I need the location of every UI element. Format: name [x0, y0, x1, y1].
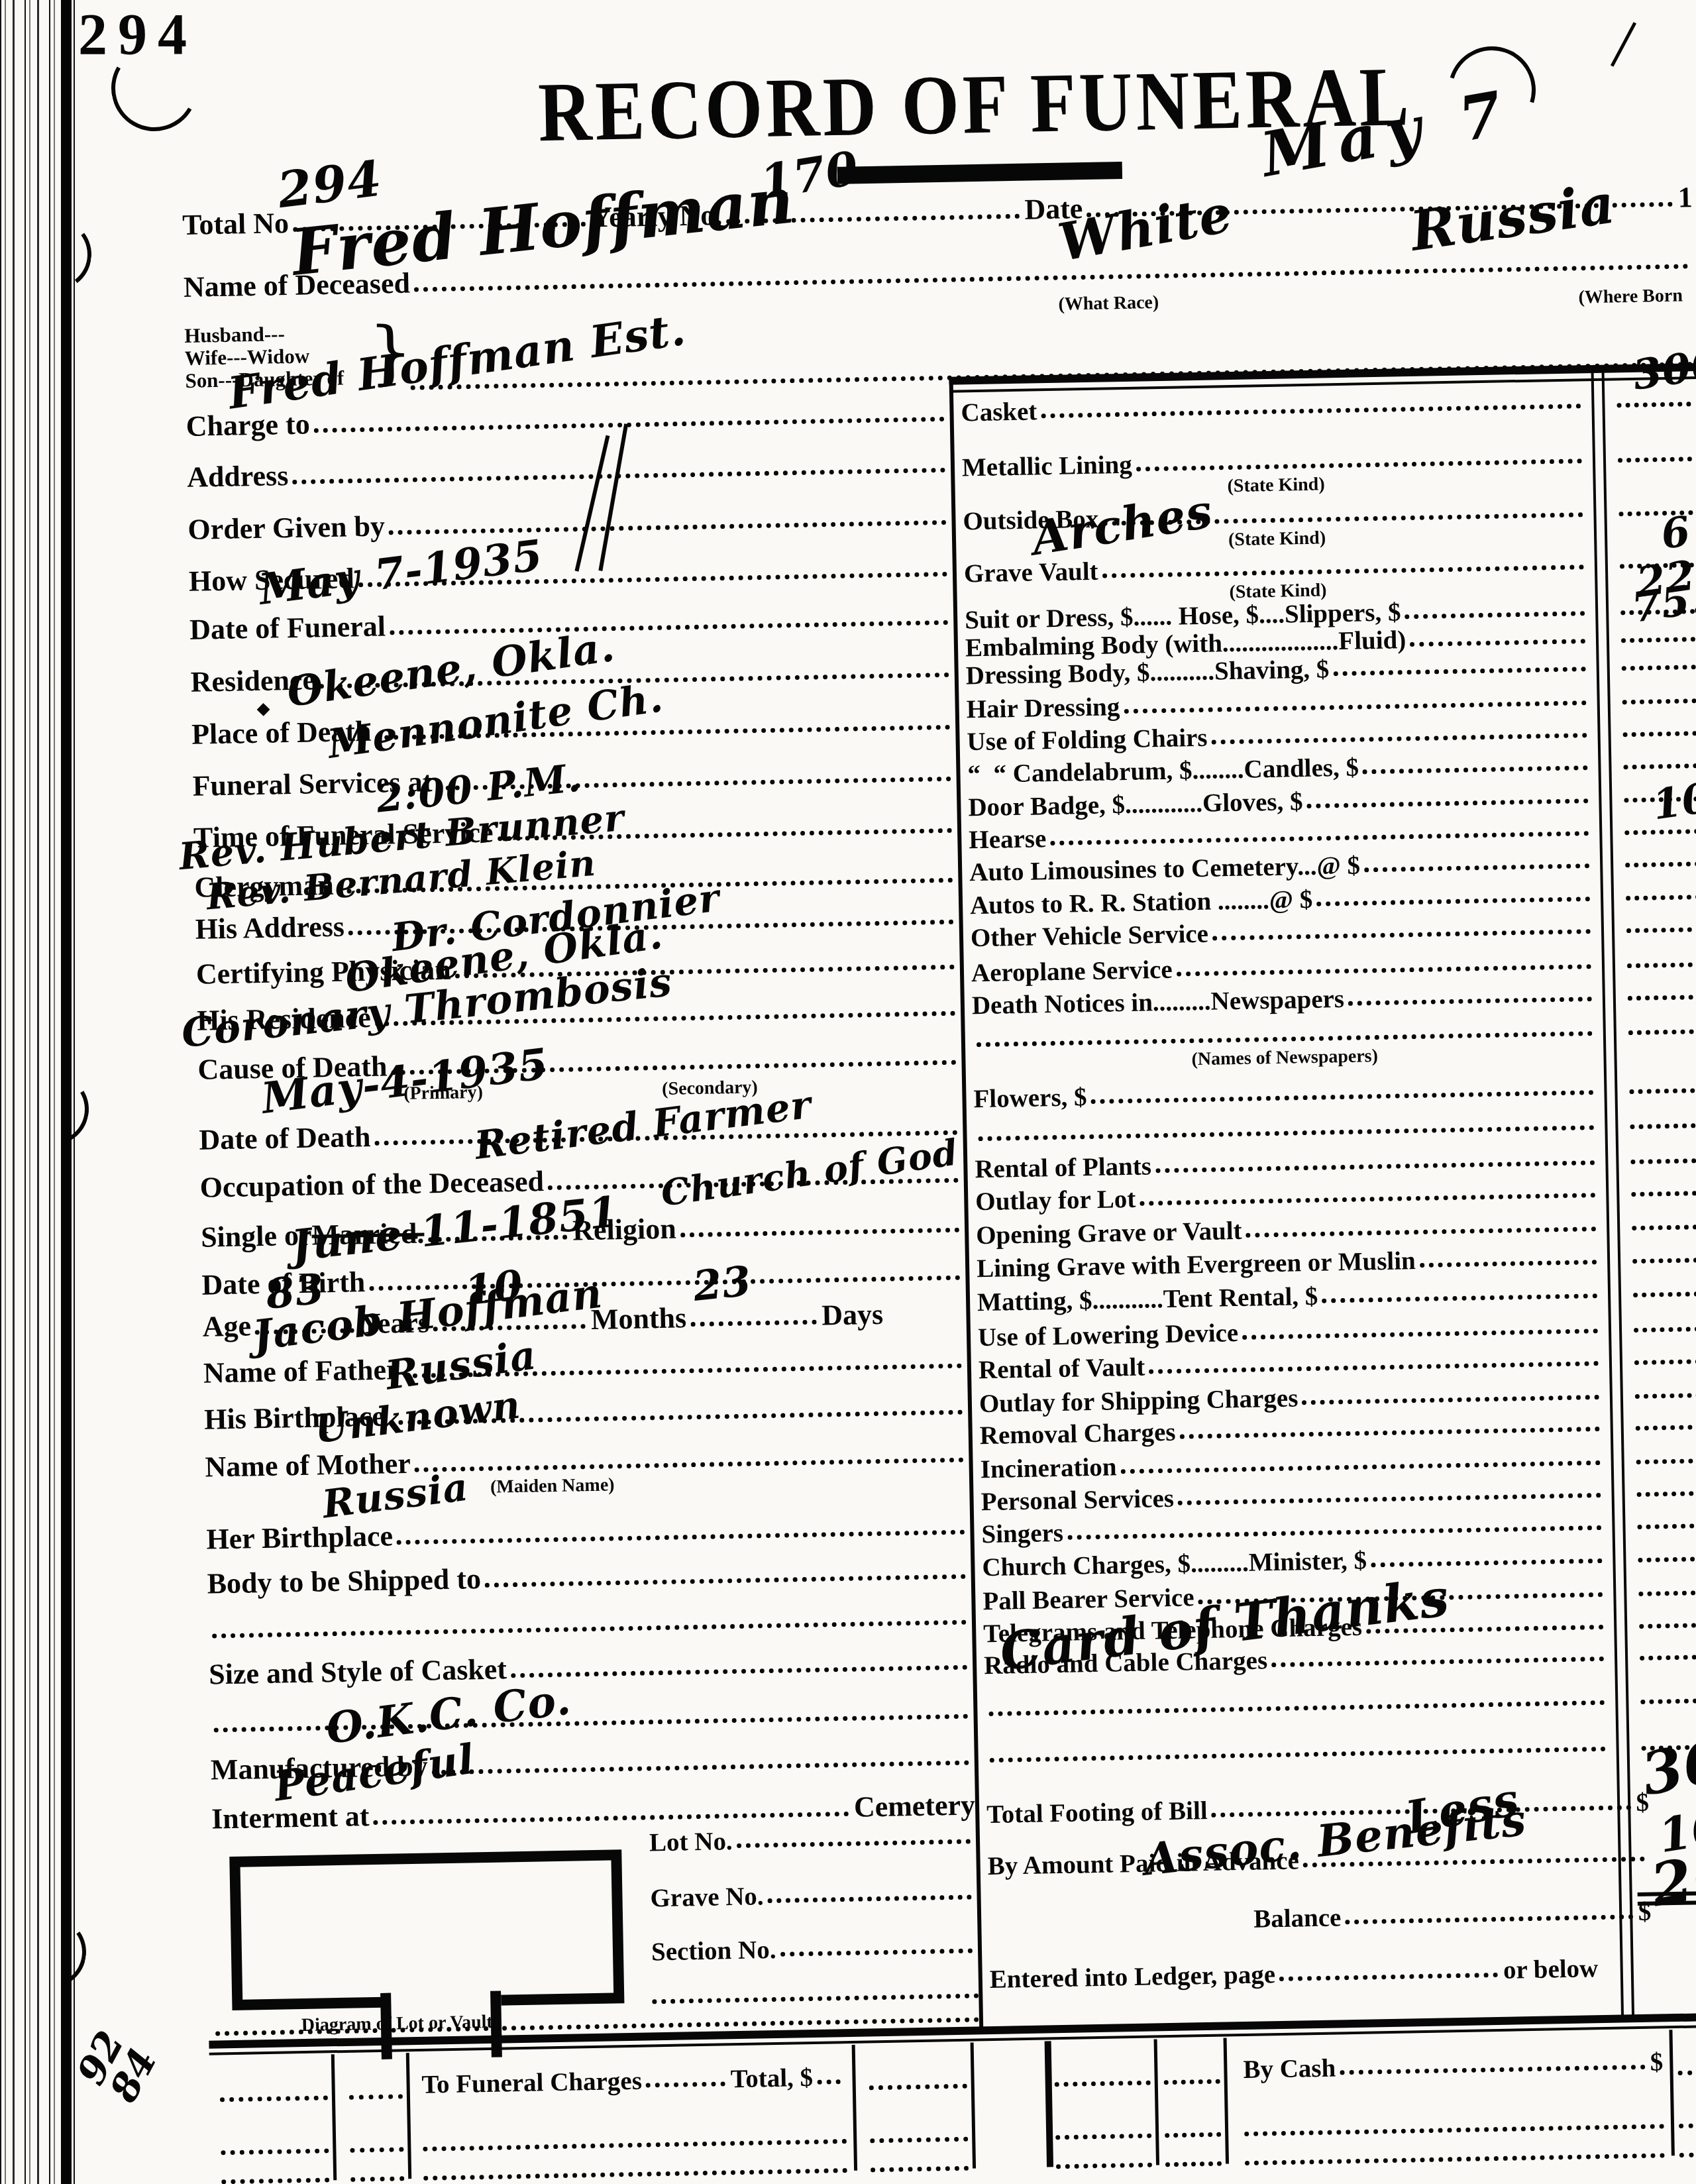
dotted-line: [1307, 798, 1589, 808]
section-no-label: Section No.: [651, 1937, 776, 1965]
dotted-line: [990, 1747, 1606, 1763]
dotted-line: [1622, 698, 1696, 704]
handwritten-entry: 23: [691, 1256, 754, 1311]
dotted-line: [1623, 763, 1696, 769]
rule-gap: [1596, 939, 1622, 940]
field-label: Name of Father: [203, 1355, 399, 1388]
dotted-line: [350, 2147, 403, 2152]
form-field-row: Order Given by: [187, 488, 952, 545]
ledger-column-rule: [852, 2045, 857, 2171]
charge-label: Rental of Vault: [979, 1354, 1145, 1384]
amount-value: 10: [1650, 773, 1696, 830]
sub-caption: (Maiden Name): [490, 1474, 615, 1498]
dotted-line: [221, 2177, 329, 2184]
field-label: Size and Style of Casket: [209, 1655, 507, 1689]
dotted-line: [1056, 2163, 1152, 2169]
to-funeral-charges-label: To Funeral Charges: [421, 2068, 642, 2098]
dotted-line: [390, 620, 948, 635]
dotted-line: [1136, 459, 1582, 471]
dotted-line: [1245, 2153, 1665, 2165]
dotted-line: [1364, 863, 1589, 872]
dotted-line: [221, 2148, 329, 2155]
total-dollar-label: Total, $: [730, 2065, 813, 2092]
by-cash-label: By Cash: [1243, 2055, 1336, 2083]
lot-no-label: Lot No.: [649, 1828, 733, 1855]
dotted-line: [1640, 1655, 1696, 1661]
field-label: Age: [202, 1311, 251, 1341]
dotted-line: [1302, 1395, 1599, 1405]
charge-row: Grave Vault(State Kind)Arches6: [963, 540, 1696, 586]
charge-label: Outlay for Lot: [975, 1186, 1136, 1215]
diagram-notch: [388, 1989, 502, 2012]
dotted-line: [1636, 1458, 1696, 1464]
dotted-line: [1622, 665, 1696, 671]
dotted-line: [1246, 1227, 1597, 1238]
charge-label: Matting, $...........Tent Rental, $: [977, 1283, 1318, 1315]
dotted-line: [1635, 1393, 1696, 1399]
balance-label: Balance: [1253, 1904, 1342, 1932]
charge-row: Casket300: [961, 379, 1696, 425]
ledger-column-rule: [406, 2053, 411, 2179]
dotted-line: [423, 2139, 847, 2152]
sub-caption: (State Kind): [1227, 474, 1325, 497]
dotted-line: [1628, 995, 1696, 1001]
dotted-line: [1639, 1623, 1696, 1629]
dotted-line: [1244, 2124, 1664, 2136]
field-label: Days: [821, 1300, 884, 1331]
ledger-column-rule: [971, 2043, 976, 2169]
charge-label: Personal Services: [980, 1486, 1174, 1515]
section-no-row: Section No.: [651, 1926, 978, 1965]
dotted-line: [680, 1228, 959, 1238]
charge-label: Flowers, $: [973, 1084, 1087, 1112]
sub-caption: (Names of Newspapers): [1191, 1046, 1378, 1070]
bottom-by-cash-row: By Cash$: [1243, 2038, 1664, 2083]
dotted-line: [397, 1530, 965, 1545]
dotted-line: [1679, 2123, 1696, 2128]
balance-row: Balance $: [988, 1892, 1652, 1937]
rule-gap: [1609, 1666, 1636, 1667]
dotted-line: [1242, 1329, 1598, 1340]
dotted-line: [690, 1320, 816, 1327]
rule-gap: [1587, 413, 1613, 414]
ledger-label: Entered into Ledger, page: [990, 1961, 1276, 1993]
charge-label: Removal Charges: [979, 1419, 1175, 1448]
lot-no-row: Lot No.: [649, 1816, 976, 1855]
rule-gap: [1611, 1757, 1638, 1757]
field-label: Date of Funeral: [189, 612, 386, 644]
dotted-line: [1212, 929, 1591, 940]
dotted-line: [979, 1125, 1595, 1141]
rule-gap: [1611, 1710, 1637, 1711]
dotted-line: [1678, 2070, 1696, 2075]
dotted-line: [1629, 1088, 1696, 1094]
ledger-column-rule: [1669, 2030, 1674, 2156]
dotted-line: [1348, 997, 1592, 1006]
dotted-line: [220, 2095, 328, 2102]
dotted-line: [1638, 1590, 1696, 1596]
dotted-line: [1640, 1698, 1696, 1704]
dotted-line: [1616, 402, 1691, 408]
dotted-line: [817, 2079, 841, 2085]
dotted-line: [646, 2081, 725, 2087]
dotted-line: [768, 1895, 972, 1904]
dotted-line: [780, 1949, 973, 1957]
ledger-column-rule: [1154, 2039, 1159, 2165]
dotted-line: [1632, 1258, 1696, 1264]
charge-label: Rental of Plants: [975, 1153, 1151, 1182]
ledger-column-rule: [331, 2054, 337, 2180]
dotted-line: [1632, 1225, 1696, 1230]
dotted-line: [1618, 457, 1692, 463]
dotted-line: [1363, 765, 1588, 774]
dotted-line: [511, 1665, 967, 1678]
bottom-funeral-charges-row: To Funeral ChargesTotal, $: [421, 2053, 846, 2098]
dotted-line: [1177, 964, 1591, 976]
dotted-line: [871, 2166, 969, 2173]
rule-gap: [1603, 1303, 1629, 1304]
dotted-line: [1633, 1291, 1696, 1297]
dotted-line: [1634, 1359, 1696, 1365]
dotted-line: [1164, 2079, 1220, 2085]
charge-label: Grave Vault: [964, 559, 1098, 587]
dotted-line: [1322, 1293, 1597, 1303]
dotted-line: [1630, 1123, 1696, 1129]
amount-value: 75.: [1629, 574, 1696, 632]
where-born-caption: (Where Born: [1578, 285, 1683, 308]
dotted-line: [1055, 2134, 1151, 2140]
form-field-row: Charge toFred Hoffman Est.: [185, 385, 950, 441]
dotted-line: [1091, 1090, 1594, 1104]
ledger-row: Entered into Ledger, page or below: [989, 1947, 1692, 1993]
dotted-line: [314, 417, 945, 433]
dotted-line: [432, 1761, 969, 1775]
dotted-line: [869, 2084, 967, 2091]
charge-label: Hearse: [969, 826, 1047, 853]
dotted-line: [977, 1031, 1593, 1047]
dotted-line: [1041, 404, 1581, 418]
dotted-line: [1637, 1491, 1696, 1497]
dotted-line: [423, 2168, 847, 2181]
grave-no-label: Grave No.: [650, 1883, 764, 1911]
dotted-line: [1637, 1523, 1696, 1529]
rule-gap: [1589, 574, 1616, 575]
dotted-line: [1149, 1361, 1599, 1374]
dotted-line: [1165, 2132, 1221, 2138]
dotted-line: [1624, 829, 1696, 835]
dotted-line: [1279, 1973, 1498, 1981]
dotted-line: [1679, 2152, 1696, 2157]
dotted-line: [1345, 1914, 1632, 1924]
field-label: Date of Death: [199, 1122, 371, 1155]
form-field-row: Name of MotherUnknown(Maiden Name): [205, 1426, 969, 1482]
charge-label: Incineration: [980, 1454, 1117, 1482]
dotted-line: [292, 468, 945, 484]
field-label: Body to be Shipped to: [207, 1564, 481, 1599]
dotted-line: [988, 1700, 1605, 1716]
dotted-line: [1631, 1191, 1696, 1197]
dotted-line: [1316, 897, 1590, 906]
dotted-line: [1180, 1427, 1600, 1439]
relation-line1: Husband---: [184, 322, 343, 347]
charge-label: Casket: [961, 398, 1037, 425]
form-sheet: RECORD OF FUNERAL Total No Yearly No. Da…: [79, 0, 1696, 2184]
ledger-column-rule: [1224, 2038, 1229, 2164]
dotted-line: [349, 2094, 403, 2099]
spacer: [989, 1932, 1254, 1937]
rule-gap: [1598, 1041, 1624, 1042]
dotted-line: [652, 1993, 979, 2004]
charge-row: [984, 1676, 1696, 1722]
dotted-line: [389, 520, 947, 535]
dotted-line: [1625, 861, 1696, 867]
dotted-line: [1212, 733, 1587, 744]
dotted-line: [1638, 1556, 1696, 1562]
dotted-line: [1139, 1193, 1595, 1206]
dotted-line: [1340, 2065, 1645, 2075]
dotted-line: [1636, 1425, 1696, 1431]
dollar-sign: $: [1650, 2049, 1663, 2075]
total-no-label: Total No: [182, 209, 290, 240]
dotted-line: [1626, 927, 1696, 933]
dotted-line: [485, 1574, 966, 1588]
charge-row: Metallic Lining(State Kind): [961, 434, 1696, 480]
rule-gap: [1587, 468, 1614, 469]
dotted-line: [1627, 962, 1696, 968]
charge-row: Radio and Cable ChargesCard of Thanks: [984, 1632, 1696, 1678]
dotted-line: [1165, 2161, 1222, 2167]
balance-amount: 26: [1646, 1837, 1696, 1920]
dotted-line: [1271, 1657, 1604, 1667]
handwritten-entry: Arches: [1028, 483, 1216, 566]
dotted-line: [1371, 1558, 1602, 1567]
rule-gap: [1599, 1100, 1626, 1101]
rule-gap: [1589, 522, 1615, 523]
scanned-funeral-record-page: 294 92 84 RECORD OF FUNERAL Total No Yea…: [0, 0, 1696, 2184]
dotted-line: [737, 1839, 971, 1848]
dotted-line: [870, 2137, 968, 2144]
charge-label: Metallic Lining: [962, 452, 1132, 481]
dotted-line: [350, 2176, 404, 2181]
ledger-column-rule: [1045, 2041, 1053, 2167]
rule-gap: [1597, 1007, 1624, 1007]
field-label: Order Given by: [187, 512, 385, 544]
charge-label: Singers: [981, 1520, 1063, 1547]
field-label: Her Birthplace: [206, 1521, 393, 1554]
dotted-line: [1626, 895, 1696, 901]
dotted-line: [414, 264, 1689, 292]
rule-gap: [1600, 1135, 1626, 1136]
grave-no-row: Grave No.: [650, 1872, 977, 1911]
charge-label: Other Vehicle Service: [971, 921, 1209, 952]
amount-value: 300: [1630, 339, 1696, 400]
dotted-line: [1630, 1158, 1696, 1164]
dotted-line: [1420, 1260, 1597, 1268]
dotted-line: [1628, 1029, 1696, 1035]
form-field-row: Address: [186, 436, 951, 492]
handwritten-entry: Fred Hoffman Est.: [225, 303, 689, 419]
ledger-suffix: or below: [1503, 1955, 1599, 1983]
dotted-line: [1102, 565, 1584, 578]
dotted-line: [1623, 731, 1696, 737]
lot-diagram-box: [229, 1849, 624, 2010]
total-footing-label: Total Footing of Bill: [986, 1798, 1208, 1828]
what-race-caption: (What Race): [1058, 292, 1159, 315]
dotted-line: [415, 1458, 964, 1472]
charge-label: Hair Dressing: [966, 694, 1120, 722]
year-cut: 1: [1677, 183, 1693, 212]
dotted-line: [1333, 667, 1585, 676]
dotted-line: [1055, 2081, 1151, 2087]
dotted-line: [1634, 1327, 1696, 1333]
field-label: Months: [591, 1303, 687, 1335]
field-label: Occupation of the Deceased: [199, 1167, 544, 1203]
charge-row: [985, 1722, 1696, 1769]
handwritten-entry: Retired Farmer: [472, 1082, 814, 1168]
field-label: Address: [187, 461, 289, 492]
dollar-sign: $: [1638, 1899, 1651, 1925]
